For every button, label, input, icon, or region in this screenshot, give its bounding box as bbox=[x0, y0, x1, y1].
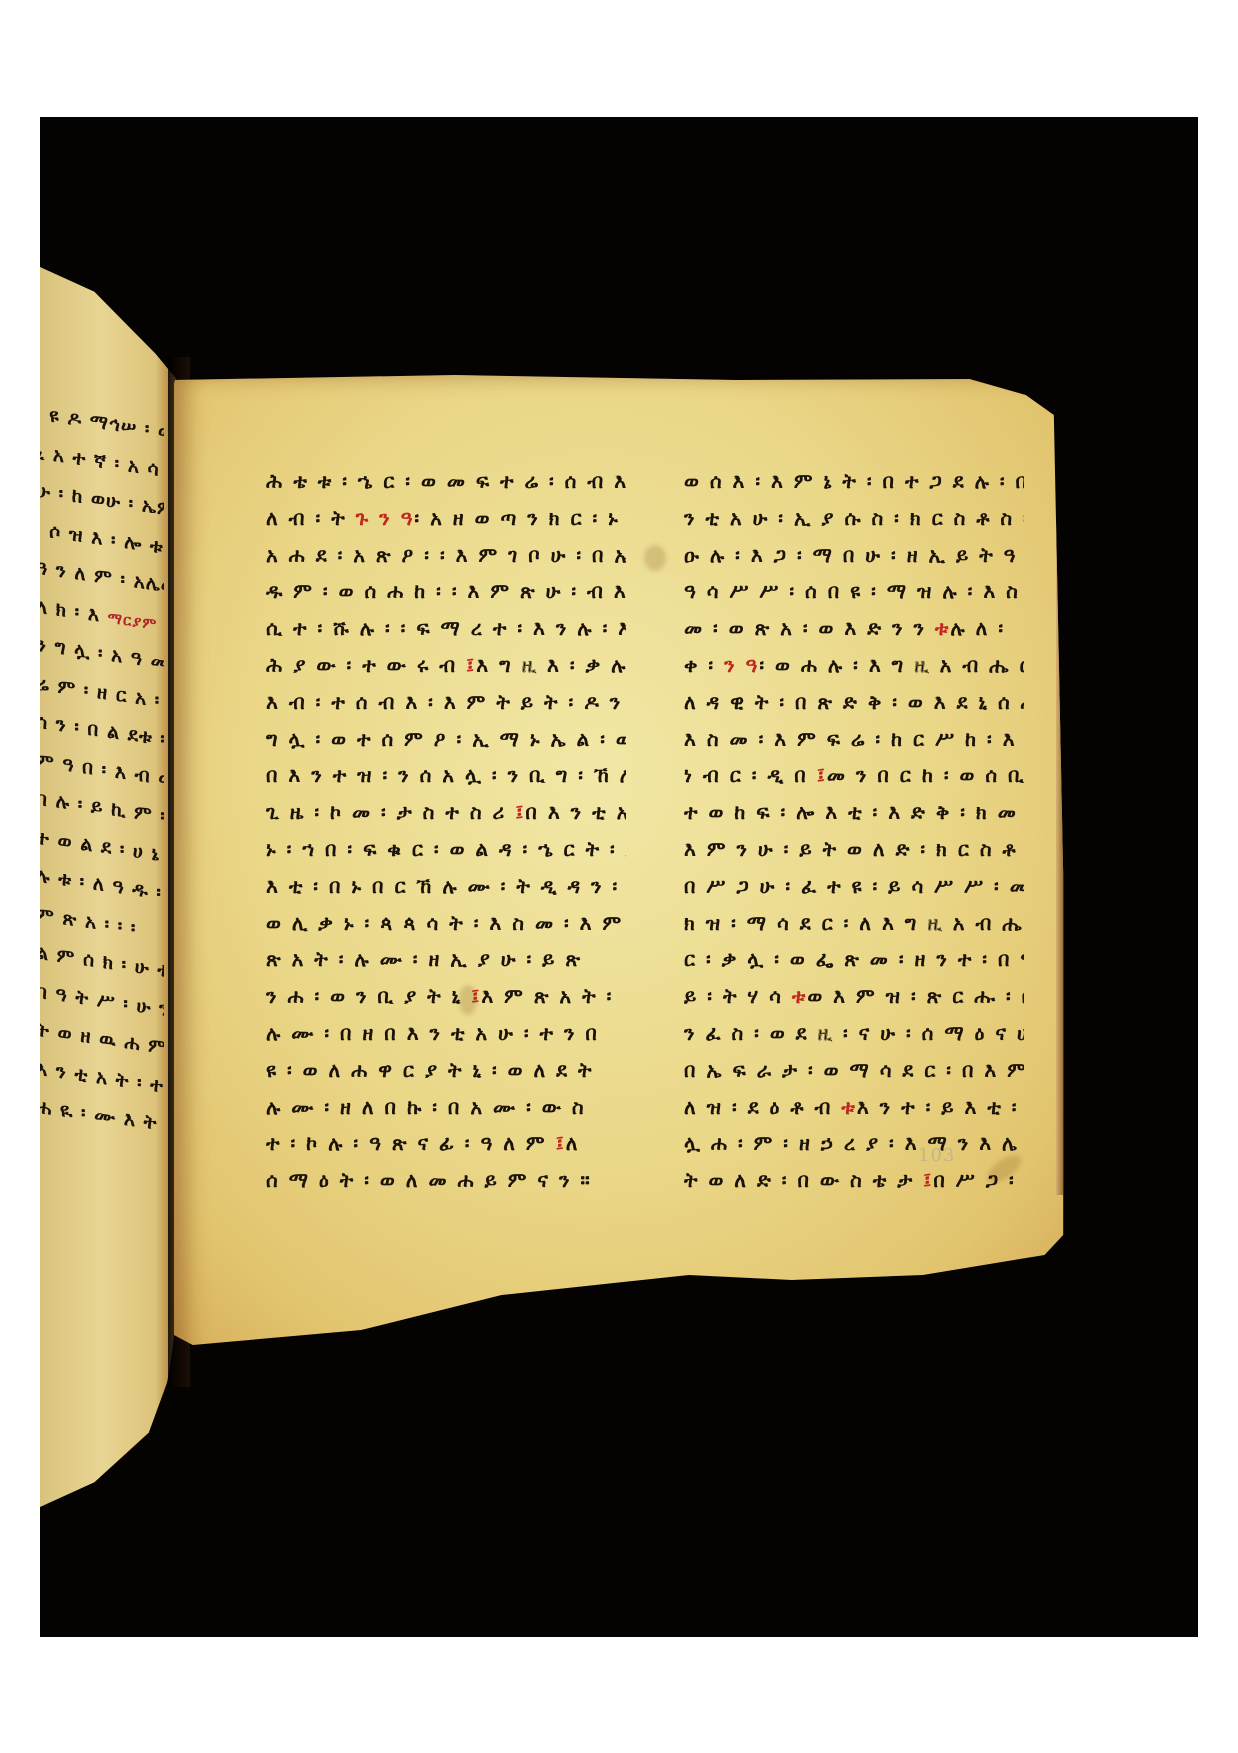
text-line: በ ሥ ጋ ሁ ፡ ፈ ተ ዩ ፡ ይ ሳ ሥ ሥ ፡ መ ይ ር bbox=[684, 868, 1024, 905]
text-line: መ ፡ ወ ጽ አ ፡ ወ እ ድ ን ን ቱሉ ለ ፡ bbox=[684, 610, 1024, 647]
line-text: ተ ወ ከ ፍ ፡ ሎ እ ቲ ፡ እ ድ ቅ ፡ ክ መ ፡ bbox=[684, 800, 1024, 824]
line-text: ሲ ተ ፡ ሹ ሉ ፡ ፡ ፍ ማ ረ ተ ፡ እ ን ሉ ፡ እ መ bbox=[266, 616, 626, 640]
line-text: ት ወ ለ ድ ፡ በ ው ስ ቴ ታ bbox=[684, 1168, 923, 1192]
text-line: ጽ አ ት ፡ ሉ ሙ ፡ ዘ ኢ ያ ሁ ፡ ይ ጽ bbox=[266, 941, 626, 978]
rubric-text: ጉ ን ዓ bbox=[356, 506, 415, 530]
text-line: ተ ወ ከ ፍ ፡ ሎ እ ቲ ፡ እ ድ ቅ ፡ ክ መ ፡ bbox=[684, 794, 1024, 831]
line-text: በ ኤ ፍ ራ ታ ፡ ወ ማ ሳ ደ ር ፡ በ እ ም bbox=[684, 1058, 1024, 1082]
text-line: በ ኤ ፍ ራ ታ ፡ ወ ማ ሳ ደ ር ፡ በ እ ም bbox=[684, 1052, 1024, 1089]
line-text: እ ም ጽ አ ት ፡ bbox=[481, 984, 613, 1008]
text-line: በ እ ን ተ ዝ ፡ ን ሰ አ ሏ ፡ ን ቢ ግ ፡ ኸ ሉ ፡ bbox=[266, 757, 626, 794]
line-text: ፡ ወ ሐ ሉ ፡ እ ግ ዚ አ ብ ሔ ር ፡ bbox=[759, 653, 1024, 677]
text-line: ግ ሏ ፡ ወ ተ ሰ ም ዖ ፡ ኢ ማ ኑ ኤ ል ፡ ወ bbox=[266, 721, 626, 758]
line-text: ግ ሏ ፡ ወ ተ ሰ ም ዖ ፡ ኢ ማ ኑ ኤ ል ፡ ወ bbox=[266, 727, 626, 751]
line-text: ሉ ሙ ፡ በ ዘ በ እ ን ቲ አ ሁ ፡ ተ ን በ bbox=[266, 1021, 599, 1045]
folio-number: 103 bbox=[918, 1145, 955, 1166]
line-text: ሐ ዪ ፡ ሙ እ ት ፡ ብ bbox=[40, 1095, 164, 1139]
text-line: ለ ዝ ፡ ደ ዕ ቶ ብ ቱእ ን ተ ፡ ይ እ ቲ ፡ በ ኒ ፤ bbox=[684, 1089, 1024, 1126]
line-text: ወ እ ም ዝ ፡ ጽ ር ሑ ፡ በ ሙ bbox=[807, 984, 1024, 1008]
text-line: ለ ብ ፡ ት ጉ ን ዓ፡ አ ዘ ወ ጣ ን ክ ር ፡ ኑ ሥ እ ፡ bbox=[266, 500, 626, 537]
rubric-text: ፤ bbox=[471, 984, 481, 1008]
manuscript-photo: ፡ ዩ ዶ ማኅሠ ፡ ዉ ኒ አ ተ ኛ ፡ አ ሳ ሙ ፡ ሁ ፡ ከ ወሁ… bbox=[40, 117, 1198, 1637]
line-text: ወ ሊ ቃ ኑ ፡ ጳ ጳ ሳ ት ፡ እ ስ መ ፡ እ ም bbox=[266, 911, 623, 935]
line-text: ሰ ማ ዕ ት ፡ ወ ለ መ ሐ ይ ም ና ን ። bbox=[266, 1168, 592, 1192]
text-line: ሲ ተ ፡ ሹ ሉ ፡ ፡ ፍ ማ ረ ተ ፡ እ ን ሉ ፡ እ መ bbox=[266, 610, 626, 647]
text-line: ሏ ሐ ፡ ም ፡ ዘ ኃ ረ ያ ፡ እ ማ ን እ ሌ ይ bbox=[684, 1125, 1024, 1162]
line-text: እ ስ መ ፡ እ ም ፍ ሬ ፡ ከ ር ሥ ከ ፡ እ bbox=[684, 727, 1017, 751]
text-line: ክ ዝ ፡ ማ ሳ ደ ር ፡ ለ እ ግ ዚ አ ብ ሔ bbox=[684, 905, 1024, 942]
line-text: ዑ ሉ ፡ እ ጋ ፡ ማ በ ሁ ፡ ዘ ኢ ይ ት ዓ ወ ት ፡ bbox=[684, 543, 1024, 567]
line-text: ጊ ዜ ፡ ኮ መ ፡ ታ ስ ተ ስ ሪ bbox=[266, 800, 515, 824]
line-text: ም ጽ አ ፡ ፡ ፡ bbox=[40, 903, 136, 939]
text-line: እ ቲ ፡ በ ኑ በ ር ኸ ሉ ሙ ፡ ት ዲ ዳ ን ፡ bbox=[266, 868, 626, 905]
line-text: ን ፈ ስ ፡ ወ ደ ዚ ፡ ና ሁ ፡ ሰ ማ ዕ ና ሁ bbox=[684, 1021, 1024, 1045]
text-line: ለ ዳ ዊ ት ፡ በ ጽ ድ ቅ ፡ ወ እ ደ ኒ ሰ ሐ ፡ bbox=[684, 684, 1024, 721]
page-edge bbox=[1056, 415, 1070, 1195]
rubric-text: ፤ bbox=[515, 800, 525, 824]
line-text: ዱ ም ፡ ወ ሰ ሐ ከ ፡ ፡ እ ም ጽ ሁ ፡ ብ እ bbox=[266, 579, 626, 603]
text-line: ሉ ሙ ፡ በ ዘ በ እ ን ቲ አ ሁ ፡ ተ ን በ bbox=[266, 1015, 626, 1052]
rubric-text: ማርያም bbox=[108, 608, 158, 633]
text-line: ጊ ዜ ፡ ኮ መ ፡ ታ ስ ተ ስ ሪ ፤በ እ ን ቲ አ bbox=[266, 794, 626, 831]
line-text: ጽ አ ት ፡ ሉ ሙ ፡ ዘ ኢ ያ ሁ ፡ ይ ጽ bbox=[266, 947, 582, 971]
line-text: መ ን በ ር ከ ፡ ወ ሰ ቢ ፡ bbox=[827, 763, 1024, 787]
line-text: ለ ዝ ፡ ደ ዕ ቶ ብ bbox=[684, 1095, 841, 1119]
line-text: መ ፡ ወ ጽ አ ፡ ወ እ ድ ን ን bbox=[684, 616, 935, 640]
rubric-text: ፤ bbox=[923, 1168, 933, 1192]
rubric-text: ቱ bbox=[792, 984, 808, 1008]
line-text: በ ሥ ጋ ሁ ፡ ፈ ተ ዩ ፡ ይ ሳ ሥ ሥ ፡ መ ይ ር bbox=[684, 874, 1024, 898]
text-line: እ ም ን ሁ ፡ ይ ት ወ ለ ድ ፡ ክ ር ስ ቶ ፡ bbox=[684, 831, 1024, 868]
text-line: ን ቲ አ ሁ ፡ ኢ ያ ሱ ስ ፡ ክ ር ስ ቶ ስ ፡ ብ bbox=[684, 500, 1024, 537]
line-text: እ ቲ ፡ በ ኑ በ ር ኸ ሉ ሙ ፡ ት ዲ ዳ ን ፡ bbox=[266, 874, 619, 898]
text-line: ት ወ ለ ድ ፡ በ ው ስ ቴ ታ ፤በ ሥ ጋ ፡ ለ bbox=[684, 1162, 1024, 1199]
rubric-text: ቱ bbox=[935, 616, 951, 640]
line-text: ፡ አ ዘ ወ ጣ ን ክ ር ፡ ኑ ሥ እ ፡ bbox=[414, 506, 626, 530]
text-line: ዑ ሉ ፡ እ ጋ ፡ ማ በ ሁ ፡ ዘ ኢ ይ ት ዓ ወ ት ፡ bbox=[684, 537, 1024, 574]
rubric-text: ፤ bbox=[556, 1131, 566, 1155]
line-text: ን ቲ አ ሁ ፡ ኢ ያ ሱ ስ ፡ ክ ር ስ ቶ ስ ፡ ብ bbox=[684, 506, 1024, 530]
rubric-text: ን ዓ bbox=[724, 653, 759, 677]
text-line: ን ፈ ስ ፡ ወ ደ ዚ ፡ ና ሁ ፡ ሰ ማ ዕ ና ሁ ፤ bbox=[684, 1015, 1024, 1052]
line-text: ነ ብ ር ፡ ዲ በ bbox=[684, 763, 817, 787]
text-line: ሉ ሙ ፡ ዘ ለ በ ኩ ፡ በ አ ሙ ፡ ው ስ bbox=[266, 1089, 626, 1126]
line-text: ተ ፡ ኮ ሉ ፡ ዓ ጽ ና ፊ ፡ ዓ ለ ም bbox=[266, 1131, 556, 1155]
line-text: አ ሐ ደ ፡ አ ጽ ዖ ፡ ፡ እ ም ገ ቦ ሁ ፡ በ ኤ bbox=[266, 543, 626, 567]
text-line: ዱ ም ፡ ወ ሰ ሐ ከ ፡ ፡ እ ም ጽ ሁ ፡ ብ እ bbox=[266, 573, 626, 610]
line-text: ሕ ቴ ቱ ፡ ኄ ር ፡ ወ መ ፍ ተ ሬ ፡ ሰ ብ እ ፡ bbox=[266, 469, 626, 493]
line-text: እ ግ ዚ እ ፡ ቃ ሉ ፡ bbox=[476, 653, 626, 677]
line-text: በ እ ን ተ ዝ ፡ ን ሰ አ ሏ ፡ ን ቢ ግ ፡ ኸ ሉ ፡ bbox=[266, 763, 626, 787]
line-text: ሏ ሐ ፡ ም ፡ ዘ ኃ ረ ያ ፡ እ ማ ን እ ሌ ይ bbox=[684, 1131, 1024, 1155]
text-line: ቀ ፡ ን ዓ፡ ወ ሐ ሉ ፡ እ ግ ዚ አ ብ ሔ ር ፡ bbox=[684, 647, 1024, 684]
line-text: ን ሐ ፡ ወ ን ቢ ያ ት ኒ bbox=[266, 984, 471, 1008]
line-text: ይ ፡ ት ሃ ሳ bbox=[684, 984, 792, 1008]
text-line: ሕ ቴ ቱ ፡ ኄ ር ፡ ወ መ ፍ ተ ሬ ፡ ሰ ብ እ ፡ bbox=[266, 463, 626, 500]
text-line: ዓ ሳ ሥ ሥ ፡ ሰ በ ዩ ፡ ማ ዝ ሉ ፡ እ ስ bbox=[684, 573, 1024, 610]
line-text: በ ሥ ጋ ፡ ለ bbox=[933, 1168, 1024, 1192]
line-text: ዩ ፡ ወ ለ ሐ ዋ ር ያ ት ኒ ፡ ወ ለ ደ ት bbox=[266, 1058, 594, 1082]
text-line: ነ ብ ር ፡ ዲ በ ፤መ ን በ ር ከ ፡ ወ ሰ ቢ ፡ bbox=[684, 757, 1024, 794]
left-page-verso: ፡ ዩ ዶ ማኅሠ ፡ ዉ ኒ አ ተ ኛ ፡ አ ሳ ሙ ፡ ሁ ፡ ከ ወሁ… bbox=[40, 267, 176, 1507]
line-text: ሉ ለ ፡ bbox=[950, 616, 1005, 640]
line-text: ዓ ሳ ሥ ሥ ፡ ሰ በ ዩ ፡ ማ ዝ ሉ ፡ እ ስ bbox=[684, 579, 1020, 603]
line-text: ለ ዳ ዊ ት ፡ በ ጽ ድ ቅ ፡ ወ እ ደ ኒ ሰ ሐ ፡ bbox=[684, 690, 1024, 714]
text-line: ተ ፡ ኮ ሉ ፡ ዓ ጽ ና ፊ ፡ ዓ ለ ም ፤ለ bbox=[266, 1125, 626, 1162]
line-text: እ ብ ፡ ተ ሰ ብ እ ፡ እ ም ት ይ ት ፡ ዶ ን bbox=[266, 690, 622, 714]
line-text: ኑ ፡ ኀ በ ፡ ፍ ቁ ር ፡ ወ ል ዳ ፡ ኄ ር ት ፡ ይ bbox=[266, 837, 626, 861]
line-text: ወ ሰ እ ፡ እ ም ኔ ት ፡ በ ተ ጋ ደ ሉ ፡ በ እ bbox=[684, 469, 1024, 493]
text-column-a: ሕ ቴ ቱ ፡ ኄ ር ፡ ወ መ ፍ ተ ሬ ፡ ሰ ብ እ ፡ ለ ብ ፡ … bbox=[266, 463, 626, 1199]
rubric-text: ቱ bbox=[841, 1095, 857, 1119]
line-text: በ እ ን ቲ አ bbox=[525, 800, 626, 824]
text-line: እ ስ መ ፡ እ ም ፍ ሬ ፡ ከ ር ሥ ከ ፡ እ bbox=[684, 721, 1024, 758]
text-line: ሕ ያ ው ፡ ተ ው ሩ ብ ፤እ ግ ዚ እ ፡ ቃ ሉ ፡ bbox=[266, 647, 626, 684]
text-line: ኑ ፡ ኀ በ ፡ ፍ ቁ ር ፡ ወ ል ዳ ፡ ኄ ር ት ፡ ይ bbox=[266, 831, 626, 868]
text-column-b: ወ ሰ እ ፡ እ ም ኔ ት ፡ በ ተ ጋ ደ ሉ ፡ በ እ ን ቲ አ … bbox=[684, 463, 1024, 1199]
text-line: ይ ፡ ት ሃ ሳ ቱወ እ ም ዝ ፡ ጽ ር ሑ ፡ በ ሙ bbox=[684, 978, 1024, 1015]
line-text: ር ፡ ቃ ሏ ፡ ወ ፌ ጽ መ ፡ ዘ ን ተ ፡ በ ዓ ቢ bbox=[684, 947, 1024, 971]
line-text: ለ ብ ፡ ት bbox=[266, 506, 356, 530]
line-text: ሕ ያ ው ፡ ተ ው ሩ ብ bbox=[266, 653, 466, 677]
left-page-text: ፡ ዩ ዶ ማኅሠ ፡ ዉ ኒ አ ተ ኛ ፡ አ ሳ ሙ ፡ ሁ ፡ ከ ወሁ… bbox=[40, 395, 168, 1144]
rubric-text: ፤ bbox=[817, 763, 827, 787]
line-text: እ ም ን ሁ ፡ ይ ት ወ ለ ድ ፡ ክ ር ስ ቶ ፡ bbox=[684, 837, 1024, 861]
rubric-text: ፤ bbox=[466, 653, 476, 677]
text-line: ወ ሊ ቃ ኑ ፡ ጳ ጳ ሳ ት ፡ እ ስ መ ፡ እ ም bbox=[266, 905, 626, 942]
line-text: ለ ክ ፡ እ bbox=[40, 595, 108, 627]
line-text: ሉ ሙ ፡ ዘ ለ በ ኩ ፡ በ አ ሙ ፡ ው ስ bbox=[266, 1095, 586, 1119]
right-page-recto: ሕ ቴ ቱ ፡ ኄ ር ፡ ወ መ ፍ ተ ሬ ፡ ሰ ብ እ ፡ ለ ብ ፡ … bbox=[174, 375, 1110, 1375]
line-text: ክ ዝ ፡ ማ ሳ ደ ር ፡ ለ እ ግ ዚ አ ብ ሔ bbox=[684, 911, 1024, 935]
text-line: ወ ሰ እ ፡ እ ም ኔ ት ፡ በ ተ ጋ ደ ሉ ፡ በ እ bbox=[684, 463, 1024, 500]
line-text: ለ bbox=[566, 1131, 580, 1155]
line-text: ቀ ፡ bbox=[684, 653, 724, 677]
text-line: አ ሐ ደ ፡ አ ጽ ዖ ፡ ፡ እ ም ገ ቦ ሁ ፡ በ ኤ bbox=[266, 537, 626, 574]
stain bbox=[644, 545, 666, 571]
text-line: ር ፡ ቃ ሏ ፡ ወ ፌ ጽ መ ፡ ዘ ን ተ ፡ በ ዓ ቢ bbox=[684, 941, 1024, 978]
text-line: ን ሐ ፡ ወ ን ቢ ያ ት ኒ ፤እ ም ጽ አ ት ፡ bbox=[266, 978, 626, 1015]
line-text: እ ን ተ ፡ ይ እ ቲ ፡ በ ኒ bbox=[857, 1095, 1024, 1119]
text-line: ሰ ማ ዕ ት ፡ ወ ለ መ ሐ ይ ም ና ን ። bbox=[266, 1162, 626, 1199]
text-line: እ ብ ፡ ተ ሰ ብ እ ፡ እ ም ት ይ ት ፡ ዶ ን bbox=[266, 684, 626, 721]
text-line: ዩ ፡ ወ ለ ሐ ዋ ር ያ ት ኒ ፡ ወ ለ ደ ት bbox=[266, 1052, 626, 1089]
